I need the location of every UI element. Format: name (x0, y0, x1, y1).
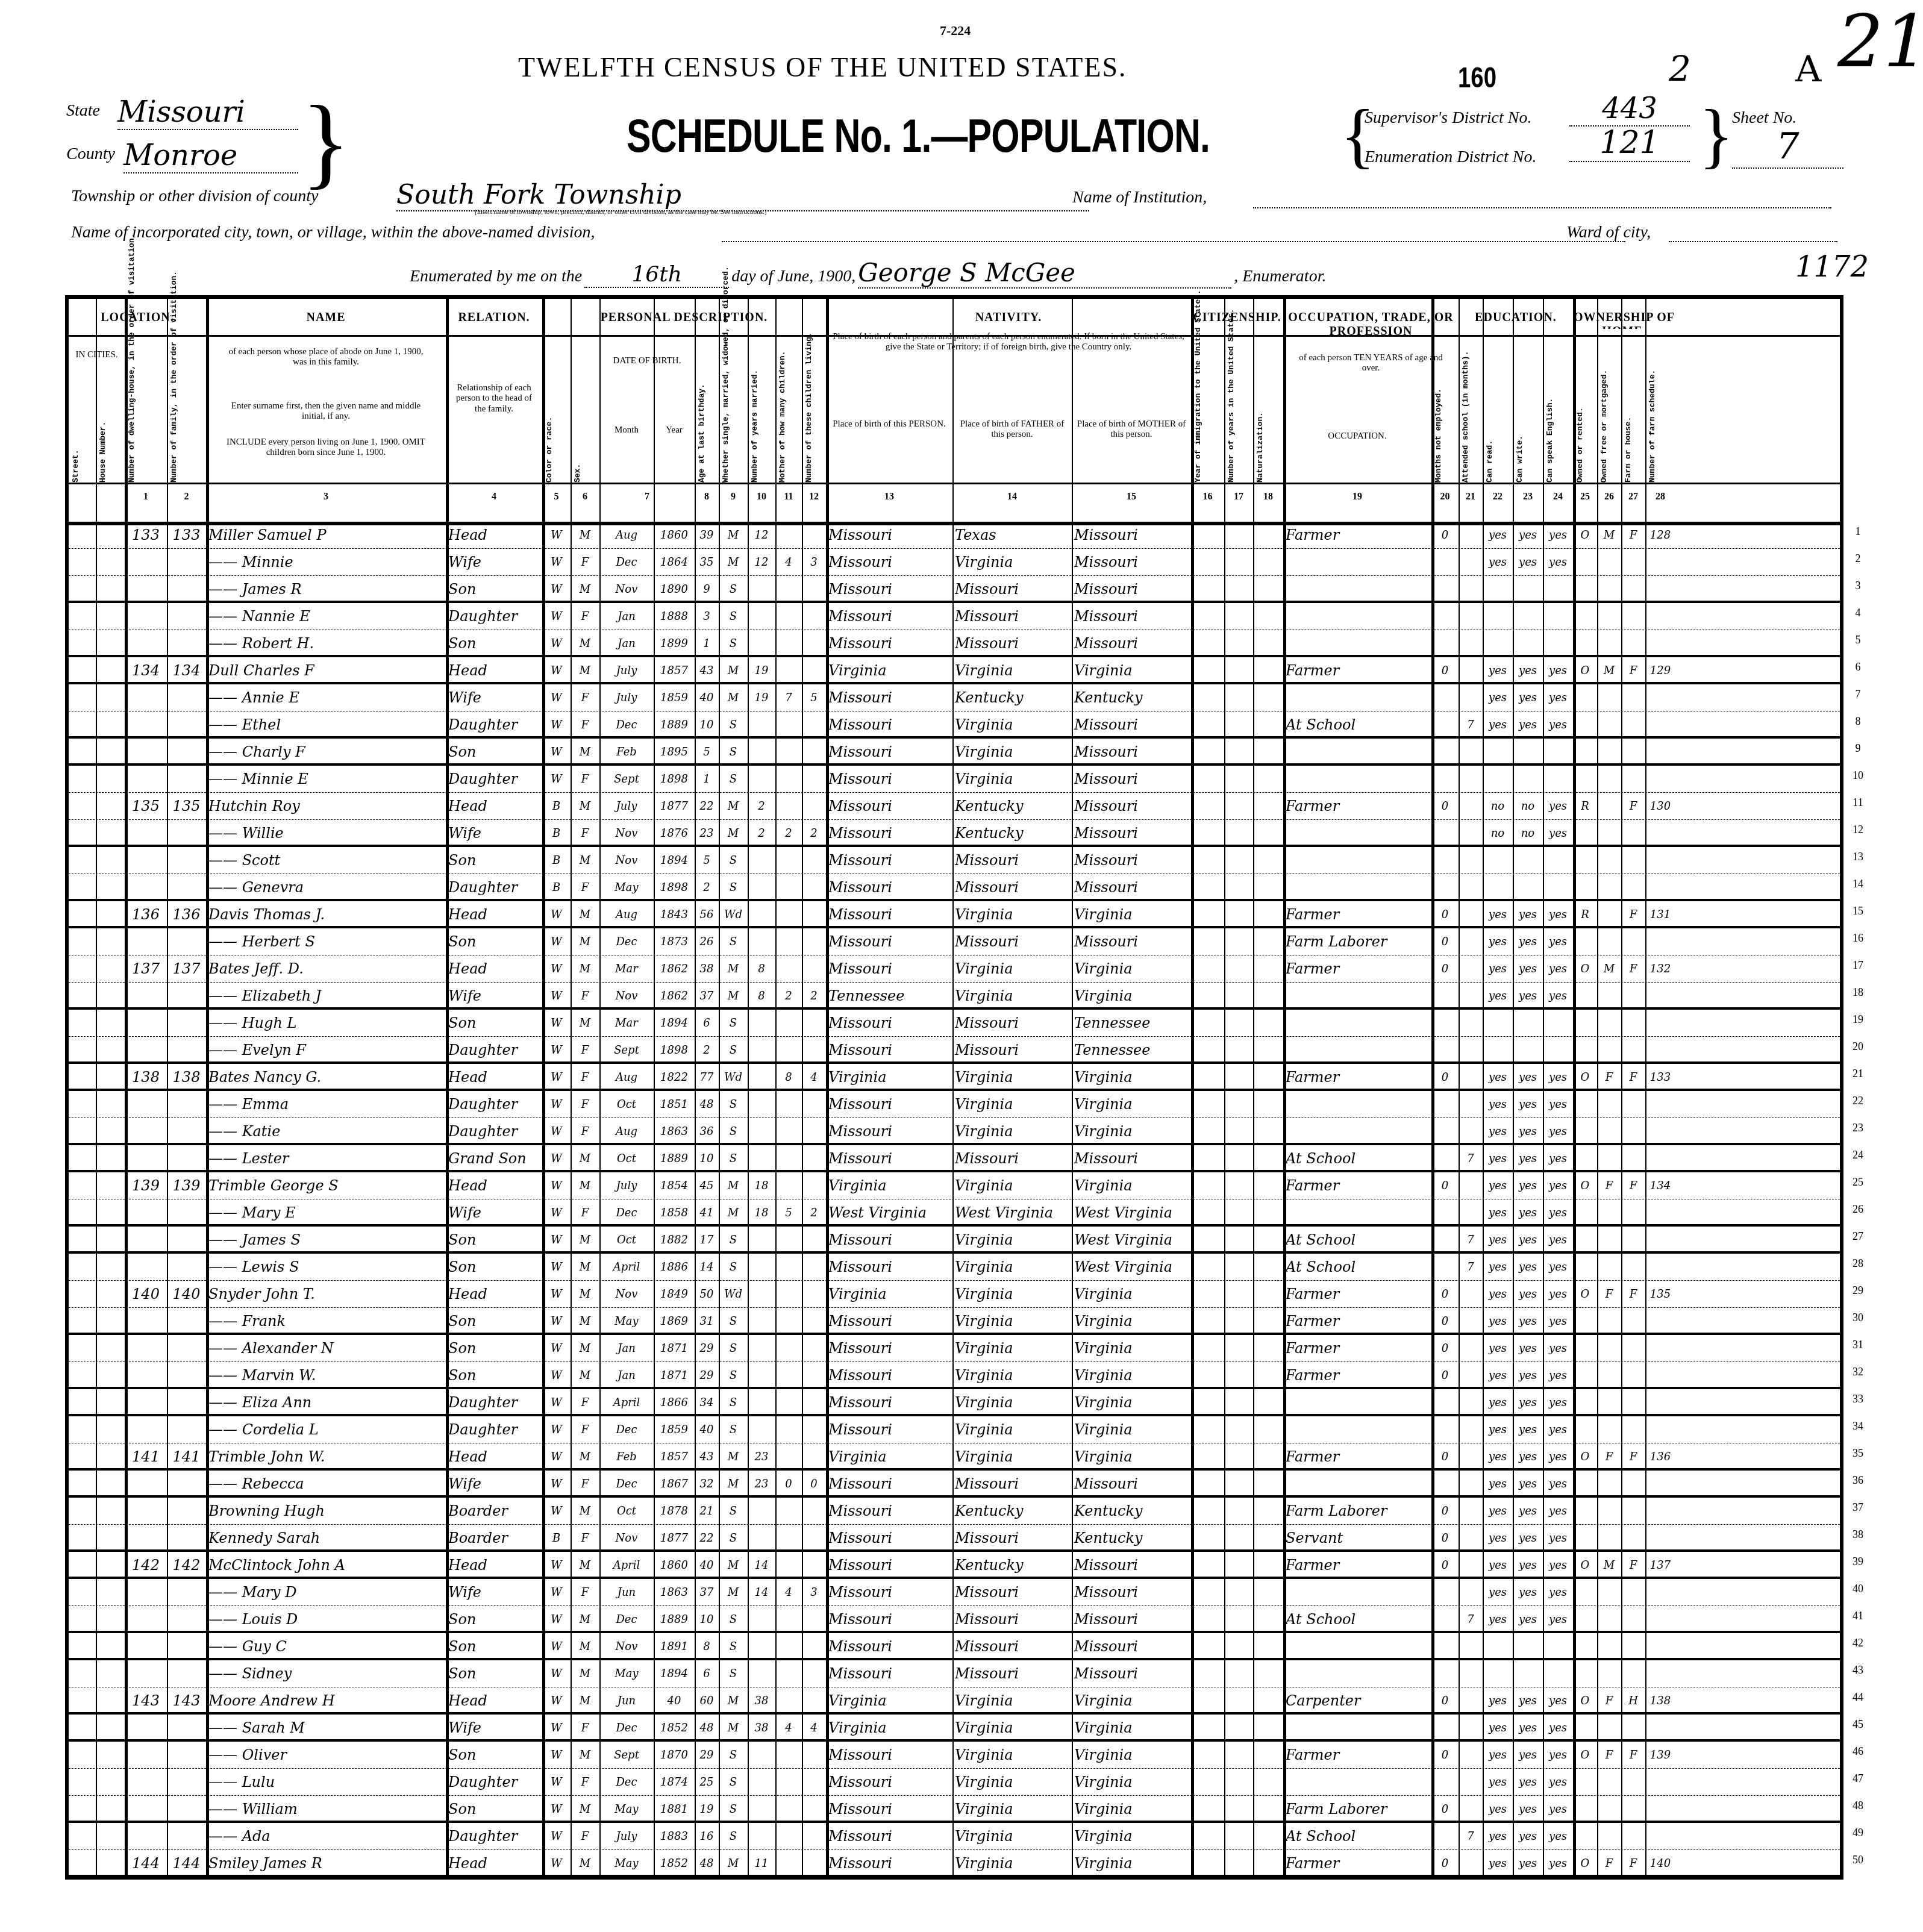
cell-mtg (1597, 928, 1621, 955)
cell-race: W (542, 1606, 571, 1631)
cell-sex: M (571, 1498, 599, 1524)
cell-mtg: F (1597, 1172, 1621, 1199)
cell-frm: F (1621, 1850, 1645, 1875)
cell-mu (1431, 684, 1459, 711)
cell-own: R (1573, 901, 1597, 926)
cell-wr: yes (1513, 684, 1543, 711)
cell-sch (1459, 657, 1483, 682)
cell-fam (167, 1416, 206, 1443)
cell-mar: S (719, 1091, 748, 1118)
cell-occ: At School (1283, 1823, 1431, 1849)
cell-mon: Jan (599, 1362, 654, 1387)
cell-mon: May (599, 1850, 654, 1875)
cell-en: yes (1543, 1199, 1573, 1224)
cell-sex: F (571, 1199, 599, 1224)
cell-mon: Oct (599, 1498, 654, 1524)
cell-sex: M (571, 576, 599, 601)
cell-name: —— James S (206, 1227, 446, 1251)
cell-wr (1513, 1660, 1543, 1687)
cell-fs: 130 (1645, 793, 1675, 819)
cell-pobm: Virginia (1072, 1416, 1191, 1443)
cell-fam (167, 1118, 206, 1143)
cell-mtg (1597, 793, 1621, 819)
cell-moc: 2 (775, 983, 802, 1007)
cell-mon: July (599, 793, 654, 819)
cell-mtg (1597, 1199, 1621, 1224)
cell-own (1573, 874, 1597, 899)
cell-pobm: Virginia (1072, 1281, 1191, 1307)
cell-mu (1431, 711, 1459, 736)
vertical-label-fam: Number of family, in the order of visita… (169, 365, 204, 483)
cell-age: 10 (695, 711, 719, 736)
sheet-field: Sheet No. 7 (1732, 108, 1846, 128)
cell-mar: S (719, 766, 748, 792)
cell-ym: 38 (748, 1715, 775, 1739)
cell-own (1573, 983, 1597, 1007)
cell-mu (1431, 1606, 1459, 1631)
cell-sex: F (571, 549, 599, 575)
cell-pobf: Missouri (952, 1606, 1072, 1631)
cell-rel: Head (446, 1687, 542, 1712)
cell-ym (748, 1091, 775, 1118)
cell-dw (125, 1118, 167, 1143)
cell-occ: Servant (1283, 1525, 1431, 1549)
cell-sex: M (571, 1796, 599, 1821)
cell-mu: 0 (1431, 1281, 1459, 1307)
cell-dw (125, 576, 167, 601)
township-note: [Insert name of township, town, precinct… (475, 208, 767, 216)
vertical-label-age: Age at last birthday. (697, 365, 716, 483)
cell-name: Davis Thomas J. (206, 901, 446, 926)
cell-occ: Farmer (1283, 1362, 1431, 1387)
cell-race: B (542, 1525, 571, 1549)
cell-rd: yes (1483, 1579, 1513, 1605)
cell-yr: 1863 (654, 1118, 695, 1143)
cell-sex: F (571, 684, 599, 711)
cell-pobm: Virginia (1072, 1308, 1191, 1333)
cell-yr: 1898 (654, 766, 695, 792)
cell-mtg (1597, 766, 1621, 792)
cell-rd: yes (1483, 1362, 1513, 1387)
cell-mtg: F (1597, 1281, 1621, 1307)
cell-mon: Dec (599, 1769, 654, 1795)
cell-rd: yes (1483, 1064, 1513, 1089)
cell-pobf: Virginia (952, 1823, 1072, 1849)
cell-pobm: Virginia (1072, 1362, 1191, 1387)
cell-age: 1 (695, 766, 719, 792)
cell-wr: yes (1513, 901, 1543, 926)
cell-cl (802, 928, 826, 955)
cell-wr: yes (1513, 1281, 1543, 1307)
cell-frm (1621, 1389, 1645, 1414)
cell-moc: 0 (775, 1471, 802, 1495)
cell-frm (1621, 1715, 1645, 1739)
cell-en: yes (1543, 1172, 1573, 1199)
cell-fs (1645, 684, 1675, 711)
cell-age: 21 (695, 1498, 719, 1524)
cell-mon: Aug (599, 522, 654, 548)
cell-sch (1459, 1742, 1483, 1768)
cell-pobf: Missouri (952, 1579, 1072, 1605)
cell-pob: Missouri (826, 603, 952, 630)
ward-line (1669, 240, 1837, 242)
cell-age: 35 (695, 549, 719, 575)
cell-name: —— Lewis S (206, 1254, 446, 1280)
cell-own (1573, 1091, 1597, 1118)
cell-rel: Daughter (446, 1037, 542, 1061)
line-number: 26 (1846, 1203, 1870, 1216)
cell-pobm: Missouri (1072, 874, 1191, 899)
cell-yr: 1866 (654, 1389, 695, 1414)
column-number: 19 (1283, 492, 1431, 502)
cell-rd: yes (1483, 1118, 1513, 1143)
cell-en: yes (1543, 522, 1573, 548)
cell-mtg (1597, 1579, 1621, 1605)
cell-pobm: Missouri (1072, 1145, 1191, 1170)
cell-name: —— Evelyn F (206, 1037, 446, 1061)
cell-age: 45 (695, 1172, 719, 1199)
cell-cl (802, 603, 826, 630)
cell-race: W (542, 1742, 571, 1768)
cell-pobf: Missouri (952, 1010, 1072, 1036)
cell-pob: Missouri (826, 1742, 952, 1768)
cell-wr: yes (1513, 1687, 1543, 1712)
cell-wr: yes (1513, 1579, 1543, 1605)
cell-dw (125, 739, 167, 763)
cell-pobf: Missouri (952, 1525, 1072, 1549)
month-label: Month (599, 425, 654, 440)
cell-mtg: M (1597, 522, 1621, 548)
cell-pobm: Virginia (1072, 955, 1191, 982)
cell-frm (1621, 1199, 1645, 1224)
cell-en: yes (1543, 1687, 1573, 1712)
cell-wr (1513, 847, 1543, 874)
institution-field: Name of Institution, (1072, 188, 1843, 207)
cell-wr (1513, 874, 1543, 899)
cell-moc (775, 1308, 802, 1333)
line-number: 29 (1846, 1284, 1870, 1297)
cell-pob: Missouri (826, 630, 952, 655)
cell-pob: Missouri (826, 1552, 952, 1577)
cell-en (1543, 1037, 1573, 1061)
cell-rel: Wife (446, 983, 542, 1007)
cell-rel: Son (446, 1362, 542, 1387)
cell-name: —— Frank (206, 1308, 446, 1333)
cell-ym: 8 (748, 955, 775, 982)
cell-en: yes (1543, 820, 1573, 845)
name-description: of each person whose place of abode on J… (225, 347, 427, 395)
cell-age: 25 (695, 1769, 719, 1795)
cell-mtg (1597, 1227, 1621, 1251)
cell-mu (1431, 1579, 1459, 1605)
cell-dw: 139 (125, 1172, 167, 1199)
cell-pobm: Missouri (1072, 549, 1191, 575)
cell-rel: Daughter (446, 603, 542, 630)
cell-own: O (1573, 955, 1597, 982)
cell-mtg (1597, 1389, 1621, 1414)
cell-ym (748, 1769, 775, 1795)
cell-fs (1645, 1823, 1675, 1849)
cell-own (1573, 1037, 1597, 1061)
cell-mu: 0 (1431, 522, 1459, 548)
cell-yr: 1877 (654, 1525, 695, 1549)
cell-rel: Wife (446, 1579, 542, 1605)
cell-name: —— James R (206, 576, 446, 601)
cell-pobm: Missouri (1072, 928, 1191, 955)
vertical-label-own: Owned or rented. (1575, 365, 1595, 483)
cell-mtg (1597, 901, 1621, 926)
cell-pobm: Missouri (1072, 1633, 1191, 1658)
cell-name: —— Sarah M (206, 1715, 446, 1739)
cell-occ: Carpenter (1283, 1687, 1431, 1712)
cell-pob: Missouri (826, 847, 952, 874)
cell-cl: 5 (802, 684, 826, 711)
cell-dw: 140 (125, 1281, 167, 1307)
cell-sch (1459, 522, 1483, 548)
cell-wr: yes (1513, 1443, 1543, 1468)
line-number: 36 (1846, 1474, 1870, 1487)
cell-pobf: Kentucky (952, 820, 1072, 845)
cell-ym: 18 (748, 1172, 775, 1199)
county-value: Monroe (124, 139, 298, 174)
cell-ym: 14 (748, 1579, 775, 1605)
cell-moc (775, 657, 802, 682)
page-letter: A (1795, 48, 1821, 90)
cell-own (1573, 1199, 1597, 1224)
cell-rel: Wife (446, 1199, 542, 1224)
cell-en: yes (1543, 1308, 1573, 1333)
cell-name: Snyder John T. (206, 1281, 446, 1307)
cell-sex: M (571, 1227, 599, 1251)
cell-yr: 1889 (654, 1145, 695, 1170)
cell-pob: Missouri (826, 711, 952, 736)
vertical-label-sex: Sex. (573, 365, 597, 483)
cell-own (1573, 1308, 1597, 1333)
cell-fs (1645, 1660, 1675, 1687)
cell-pobf: Virginia (952, 1335, 1072, 1361)
cell-cl: 4 (802, 1715, 826, 1739)
cell-dw (125, 1091, 167, 1118)
cell-fs (1645, 711, 1675, 736)
cell-moc (775, 1416, 802, 1443)
cell-pob: Virginia (826, 1172, 952, 1199)
cell-cl (802, 1227, 826, 1251)
year-label: Year (654, 425, 695, 440)
cell-en: yes (1543, 1742, 1573, 1768)
cell-en: yes (1543, 1606, 1573, 1631)
cell-mon: April (599, 1254, 654, 1280)
cell-fam (167, 739, 206, 763)
cell-age: 40 (695, 1552, 719, 1577)
cell-occ (1283, 603, 1431, 630)
cell-yr: 1890 (654, 576, 695, 601)
cell-race: W (542, 766, 571, 792)
cell-fs (1645, 1796, 1675, 1821)
column-number: 10 (748, 492, 775, 502)
state-field: State Missouri (66, 101, 307, 137)
cell-en: yes (1543, 684, 1573, 711)
cell-frm: F (1621, 793, 1645, 819)
cell-cl (802, 630, 826, 655)
census-title: TWELFTH CENSUS OF THE UNITED STATES. (518, 51, 1127, 83)
cell-rd: yes (1483, 549, 1513, 575)
line-number: 17 (1846, 959, 1870, 972)
cell-sch (1459, 1010, 1483, 1036)
cell-frm (1621, 847, 1645, 874)
cell-pobm: Virginia (1072, 1443, 1191, 1468)
cell-moc (775, 1227, 802, 1251)
cell-ym (748, 901, 775, 926)
cell-race: W (542, 711, 571, 736)
column-number: 3 (206, 492, 446, 502)
city-field: Name of incorporated city, town, or vill… (71, 223, 1577, 242)
cell-fam (167, 1037, 206, 1061)
cell-fam (167, 1633, 206, 1658)
cell-rel: Daughter (446, 1389, 542, 1414)
cell-yr: 1882 (654, 1227, 695, 1251)
cell-en: yes (1543, 1335, 1573, 1361)
cell-cl (802, 1660, 826, 1687)
cell-age: 9 (695, 576, 719, 601)
name-instructions-1: Enter surname first, then the given name… (219, 401, 433, 431)
cell-rel: Son (446, 1742, 542, 1768)
ward-field: Ward of city, (1566, 223, 1843, 242)
cell-rel: Head (446, 901, 542, 926)
cell-mon: Sept (599, 1742, 654, 1768)
cell-mtg: F (1597, 1443, 1621, 1468)
cell-cl (802, 766, 826, 792)
cell-mu: 0 (1431, 1742, 1459, 1768)
cell-moc (775, 874, 802, 899)
cell-yr: 1852 (654, 1715, 695, 1739)
name-header: NAME (206, 311, 446, 329)
cell-race: W (542, 1091, 571, 1118)
cell-occ: Farmer (1283, 955, 1431, 982)
supervisor-label: Supervisor's District No. (1365, 108, 1531, 127)
cell-cl (802, 1742, 826, 1768)
cell-name: Dull Charles F (206, 657, 446, 682)
cell-mar: S (719, 1145, 748, 1170)
cell-rel: Wife (446, 1715, 542, 1739)
cell-occ (1283, 1660, 1431, 1687)
cell-mon: Dec (599, 1471, 654, 1495)
cell-mu: 0 (1431, 1687, 1459, 1712)
cell-rd: yes (1483, 983, 1513, 1007)
cell-pobf: Virginia (952, 1742, 1072, 1768)
cell-sch (1459, 603, 1483, 630)
cell-pobm: Missouri (1072, 522, 1191, 548)
cell-sex: F (571, 820, 599, 845)
cell-own: R (1573, 793, 1597, 819)
cell-mtg (1597, 983, 1621, 1007)
cell-fam (167, 1525, 206, 1549)
cell-fs: 131 (1645, 901, 1675, 926)
cell-mtg (1597, 1145, 1621, 1170)
cell-wr: yes (1513, 1769, 1543, 1795)
cell-yr: 1864 (654, 549, 695, 575)
cell-occ (1283, 739, 1431, 763)
cell-ym (748, 1742, 775, 1768)
cell-pobm: Kentucky (1072, 684, 1191, 711)
cell-own (1573, 1823, 1597, 1849)
cell-mtg (1597, 1416, 1621, 1443)
cell-mon: Dec (599, 1416, 654, 1443)
cell-wr: yes (1513, 1742, 1543, 1768)
cell-own (1573, 1715, 1597, 1739)
cell-pobf: Virginia (952, 739, 1072, 763)
cell-fam (167, 1823, 206, 1849)
cell-own: O (1573, 1172, 1597, 1199)
column-number: 24 (1543, 492, 1573, 502)
cell-race: W (542, 1308, 571, 1333)
cell-occ (1283, 766, 1431, 792)
line-number: 41 (1846, 1610, 1870, 1622)
cell-mu (1431, 576, 1459, 601)
cell-en: yes (1543, 1769, 1573, 1795)
cell-mar: S (719, 1254, 748, 1280)
cell-pob: Missouri (826, 766, 952, 792)
column-divider (1253, 299, 1254, 1876)
cell-fam (167, 928, 206, 955)
line-number: 27 (1846, 1230, 1870, 1243)
cell-occ (1283, 983, 1431, 1007)
cell-rel: Head (446, 657, 542, 682)
cell-mar: S (719, 1498, 748, 1524)
cell-wr (1513, 739, 1543, 763)
cell-occ (1283, 1091, 1431, 1118)
cell-rel: Son (446, 739, 542, 763)
cell-moc (775, 1389, 802, 1414)
vertical-label-yus: Number of years in the United States. (1227, 365, 1251, 483)
cell-frm (1621, 1769, 1645, 1795)
cell-fam (167, 549, 206, 575)
cell-fs (1645, 1416, 1675, 1443)
cell-rel: Wife (446, 549, 542, 575)
line-number: 32 (1846, 1366, 1870, 1378)
cell-mar: S (719, 1335, 748, 1361)
cell-rd (1483, 1660, 1513, 1687)
column-divider (96, 299, 97, 1876)
cell-pob: Virginia (826, 657, 952, 682)
cell-mon: Nov (599, 576, 654, 601)
cell-rd (1483, 603, 1513, 630)
cell-rd (1483, 874, 1513, 899)
cell-moc (775, 1145, 802, 1170)
cell-en (1543, 603, 1573, 630)
cell-mu (1431, 1660, 1459, 1687)
cell-age: 39 (695, 522, 719, 548)
cell-age: 48 (695, 1715, 719, 1739)
cell-frm (1621, 1335, 1645, 1361)
cell-sex: M (571, 522, 599, 548)
cell-own (1573, 928, 1597, 955)
cell-race: W (542, 928, 571, 955)
district-brace-right: } (1699, 99, 1734, 172)
cell-pobf: Missouri (952, 1660, 1072, 1687)
cell-name: —— Rebecca (206, 1471, 446, 1495)
cell-wr: no (1513, 793, 1543, 819)
cell-yr: 1857 (654, 1443, 695, 1468)
cell-age: 38 (695, 955, 719, 982)
cell-mon: May (599, 1660, 654, 1687)
cell-age: 29 (695, 1742, 719, 1768)
cell-rel: Daughter (446, 1769, 542, 1795)
cell-pob: Missouri (826, 1498, 952, 1524)
cell-age: 40 (695, 684, 719, 711)
cell-mar: M (719, 1471, 748, 1495)
cell-mu: 0 (1431, 1335, 1459, 1361)
cell-dw (125, 1579, 167, 1605)
